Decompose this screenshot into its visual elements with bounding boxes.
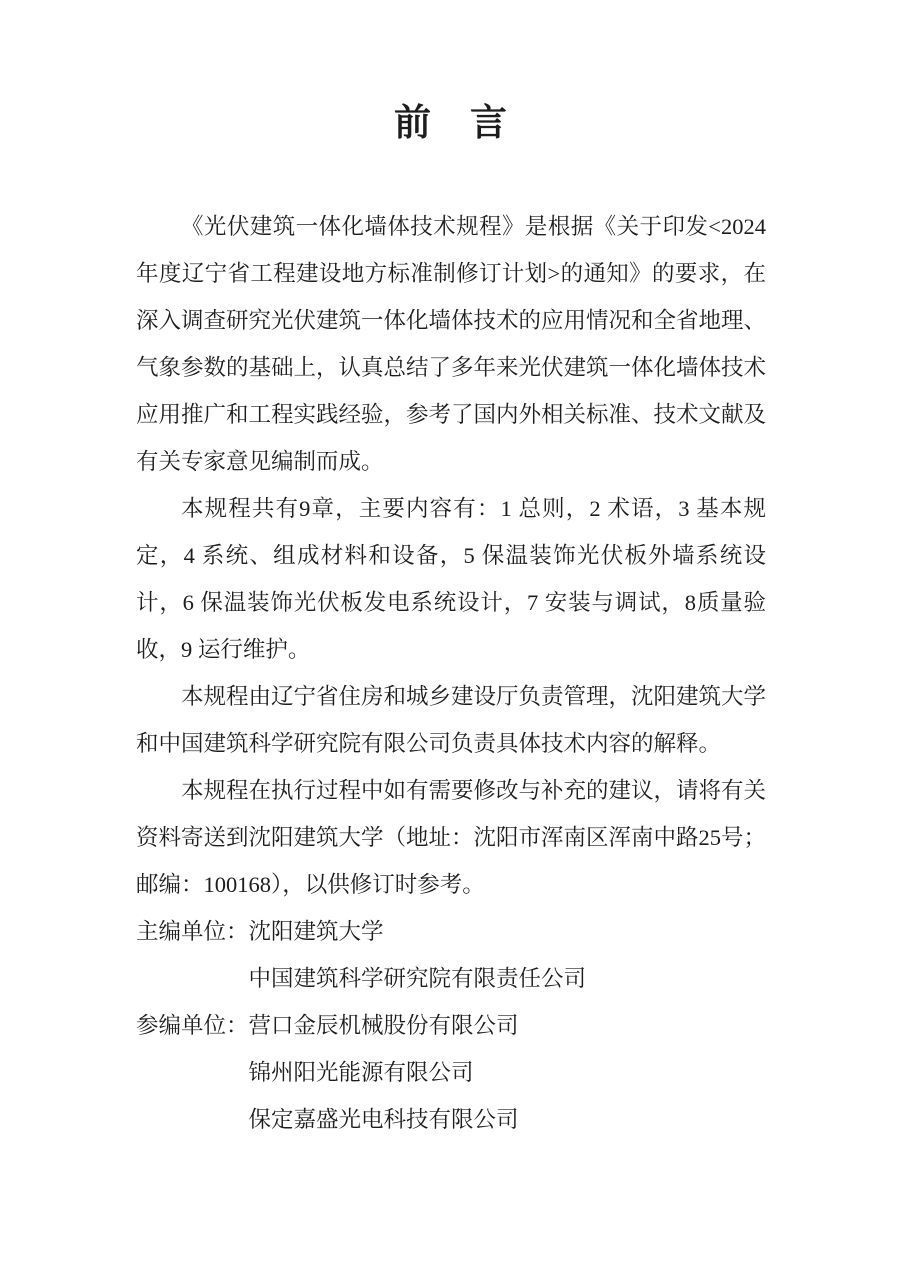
chief-editor-label: 主编单位： bbox=[136, 908, 249, 955]
paragraph-chapters: 本规程共有9章，主要内容有：1 总则，2 术语，3 基本规定，4 系统、组成材料… bbox=[136, 485, 766, 673]
document-page: 前 言 《光伏建筑一体化墙体技术规程》是根据《关于印发<2024年度辽宁省工程建… bbox=[0, 0, 900, 1272]
co-editor-item: 锦州阳光能源有限公司 bbox=[249, 1049, 767, 1096]
page-title: 前 言 bbox=[136, 100, 766, 148]
co-editor-item: 营口金辰机械股份有限公司 bbox=[249, 1002, 767, 1049]
chief-editor-row: 主编单位： 沈阳建筑大学 中国建筑科学研究院有限责任公司 bbox=[136, 908, 766, 1002]
co-editor-items: 营口金辰机械股份有限公司 锦州阳光能源有限公司 保定嘉盛光电科技有限公司 bbox=[249, 1002, 767, 1143]
chief-editor-item: 中国建筑科学研究院有限责任公司 bbox=[249, 955, 767, 1002]
chief-editor-item: 沈阳建筑大学 bbox=[249, 908, 767, 955]
document-body: 《光伏建筑一体化墙体技术规程》是根据《关于印发<2024年度辽宁省工程建设地方标… bbox=[136, 203, 766, 1143]
co-editor-row: 参编单位： 营口金辰机械股份有限公司 锦州阳光能源有限公司 保定嘉盛光电科技有限… bbox=[136, 1002, 766, 1143]
chief-editor-items: 沈阳建筑大学 中国建筑科学研究院有限责任公司 bbox=[249, 908, 767, 1002]
paragraph-management: 本规程由辽宁省住房和城乡建设厅负责管理，沈阳建筑大学和中国建筑科学研究院有限公司… bbox=[136, 673, 766, 767]
credits-section: 主编单位： 沈阳建筑大学 中国建筑科学研究院有限责任公司 参编单位： 营口金辰机… bbox=[136, 908, 766, 1143]
paragraph-basis: 《光伏建筑一体化墙体技术规程》是根据《关于印发<2024年度辽宁省工程建设地方标… bbox=[136, 203, 766, 485]
co-editor-item: 保定嘉盛光电科技有限公司 bbox=[249, 1096, 767, 1143]
paragraph-feedback-address: 本规程在执行过程中如有需要修改与补充的建议，请将有关资料寄送到沈阳建筑大学（地址… bbox=[136, 767, 766, 908]
co-editor-label: 参编单位： bbox=[136, 1002, 249, 1049]
